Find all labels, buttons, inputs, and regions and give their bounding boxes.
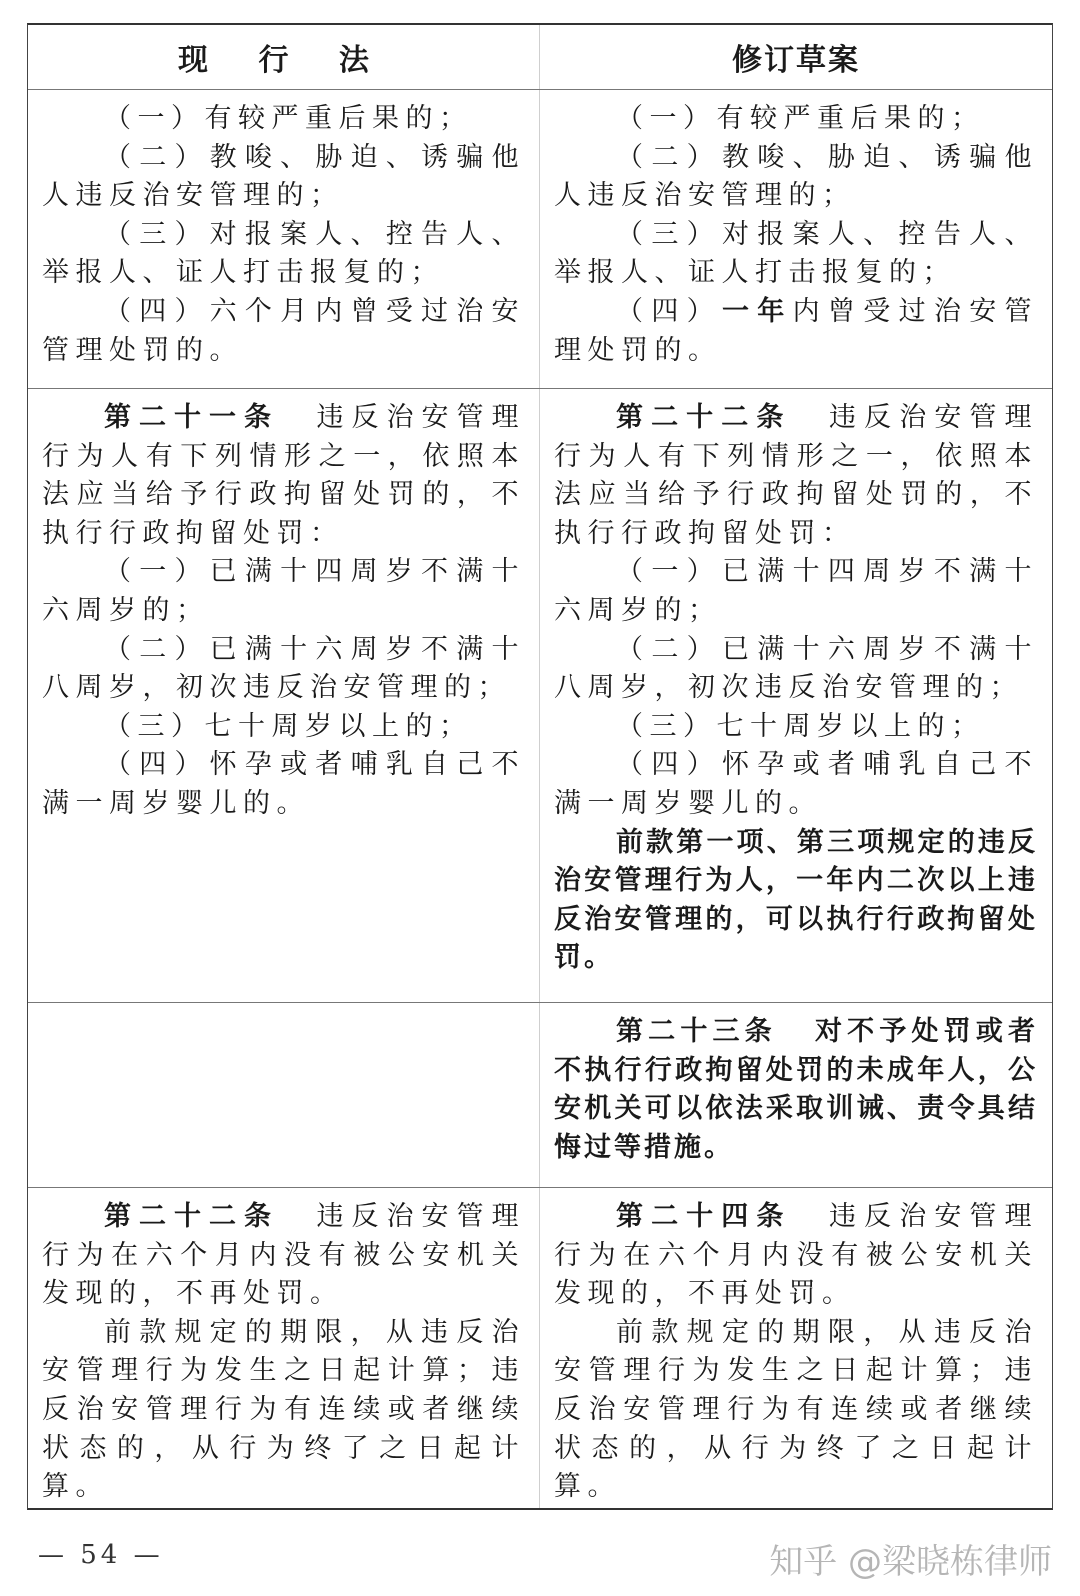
- revised-draft-cell: 第二十三条对不予处罚或者不执行行政拘留处罚的未成年人，公安机关可以依法采取训诫、…: [540, 1003, 1052, 1187]
- table-row: 第二十一条违反治安管理行为人有下列情形之一，依照本法应当给予行政拘留处罚的，不执…: [28, 389, 1052, 1003]
- added-article: 第二十三条对不予处罚或者不执行行政拘留处罚的未成年人，公安机关可以依法采取训诫、…: [554, 1013, 1038, 1167]
- article-number: 第二十一条: [104, 402, 279, 433]
- clause-item: （一）已满十四周岁不满十六周岁的；: [554, 553, 1038, 630]
- comparison-table: 现 行 法 修订草案 （一）有较严重后果的； （二）教唆、胁迫、诱骗他人违反治安…: [27, 23, 1053, 1510]
- article-paragraph-2: 前款规定的期限，从违反治安管理行为发生之日起计算；违反治安管理行为有连续或者继续…: [42, 1314, 525, 1507]
- clause-item: （三）七十周岁以上的；: [554, 708, 1038, 747]
- header-current-law-label: 现 行 法: [178, 35, 389, 79]
- clause-item: （三）七十周岁以上的；: [42, 708, 525, 747]
- clause-item: （一）已满十四周岁不满十六周岁的；: [42, 553, 525, 630]
- clause-item-amended: （四）一年内曾受过治安管理处罚的。: [554, 293, 1038, 370]
- clause-item: （四）六个月内曾受过治安管理处罚的。: [42, 293, 525, 370]
- clause-item: （四）怀孕或者哺乳自己不满一周岁婴儿的。: [42, 746, 525, 823]
- table-row: 第二十二条违反治安管理行为在六个月内没有被公安机关发现的，不再处罚。 前款规定的…: [28, 1188, 1052, 1508]
- clause-prefix: （四）: [616, 296, 722, 327]
- clause-item: （二）已满十六周岁不满十八周岁，初次违反治安管理的；: [554, 631, 1038, 708]
- clause-item: （二）教唆、胁迫、诱骗他人违反治安管理的；: [42, 139, 525, 216]
- watermark: 知乎 @梁晓栋律师: [769, 1534, 1052, 1583]
- revised-draft-cell: 第二十四条违反治安管理行为在六个月内没有被公安机关发现的，不再处罚。 前款规定的…: [540, 1188, 1052, 1508]
- clause-item: （二）教唆、胁迫、诱骗他人违反治安管理的；: [554, 139, 1038, 216]
- header-revised-draft-label: 修订草案: [732, 35, 860, 79]
- article-paragraph: 第二十四条违反治安管理行为在六个月内没有被公安机关发现的，不再处罚。: [554, 1198, 1038, 1314]
- table-row: （一）有较严重后果的； （二）教唆、胁迫、诱骗他人违反治安管理的； （三）对报案…: [28, 90, 1052, 389]
- clause-item: （一）有较严重后果的；: [42, 100, 525, 139]
- added-paragraph: 前款第一项、第三项规定的违反治安管理行为人，一年内二次以上违反治安管理的，可以执…: [554, 824, 1038, 978]
- clause-item: （三）对报案人、控告人、举报人、证人打击报复的；: [42, 216, 525, 293]
- current-law-cell-empty: [28, 1003, 540, 1187]
- current-law-cell: 第二十一条违反治安管理行为人有下列情形之一，依照本法应当给予行政拘留处罚的，不执…: [28, 389, 540, 1002]
- clause-item: （一）有较严重后果的；: [554, 100, 1038, 139]
- article-number: 第二十二条: [104, 1201, 279, 1232]
- clause-item: （三）对报案人、控告人、举报人、证人打击报复的；: [554, 216, 1038, 293]
- table-row: 第二十三条对不予处罚或者不执行行政拘留处罚的未成年人，公安机关可以依法采取训诫、…: [28, 1003, 1052, 1188]
- article-paragraph: 第二十二条违反治安管理行为在六个月内没有被公安机关发现的，不再处罚。: [42, 1198, 525, 1314]
- revised-draft-cell: 第二十二条违反治安管理行为人有下列情形之一，依照本法应当给予行政拘留处罚的，不执…: [540, 389, 1052, 1002]
- clause-item: （二）已满十六周岁不满十八周岁，初次违反治安管理的；: [42, 631, 525, 708]
- clause-item: （四）怀孕或者哺乳自己不满一周岁婴儿的。: [554, 746, 1038, 823]
- table-header-row: 现 行 法 修订草案: [28, 25, 1052, 90]
- article-paragraph: 第二十一条违反治安管理行为人有下列情形之一，依照本法应当给予行政拘留处罚的，不执…: [42, 399, 525, 553]
- revised-draft-cell: （一）有较严重后果的； （二）教唆、胁迫、诱骗他人违反治安管理的； （三）对报案…: [540, 90, 1052, 388]
- current-law-cell: （一）有较严重后果的； （二）教唆、胁迫、诱骗他人违反治安管理的； （三）对报案…: [28, 90, 540, 388]
- current-law-cell: 第二十二条违反治安管理行为在六个月内没有被公安机关发现的，不再处罚。 前款规定的…: [28, 1188, 540, 1508]
- article-number: 第二十四条: [616, 1201, 791, 1232]
- article-number: 第二十三条: [616, 1016, 777, 1047]
- header-revised-draft: 修订草案: [540, 25, 1052, 89]
- page-number: — 54 —: [38, 1540, 164, 1570]
- article-paragraph-2: 前款规定的期限，从违反治安管理行为发生之日起计算；违反治安管理行为有连续或者继续…: [554, 1314, 1038, 1507]
- header-current-law: 现 行 法: [28, 25, 540, 89]
- article-number: 第二十二条: [616, 402, 791, 433]
- article-paragraph: 第二十二条违反治安管理行为人有下列情形之一，依照本法应当给予行政拘留处罚的，不执…: [554, 399, 1038, 553]
- amended-text: 一年: [722, 296, 793, 327]
